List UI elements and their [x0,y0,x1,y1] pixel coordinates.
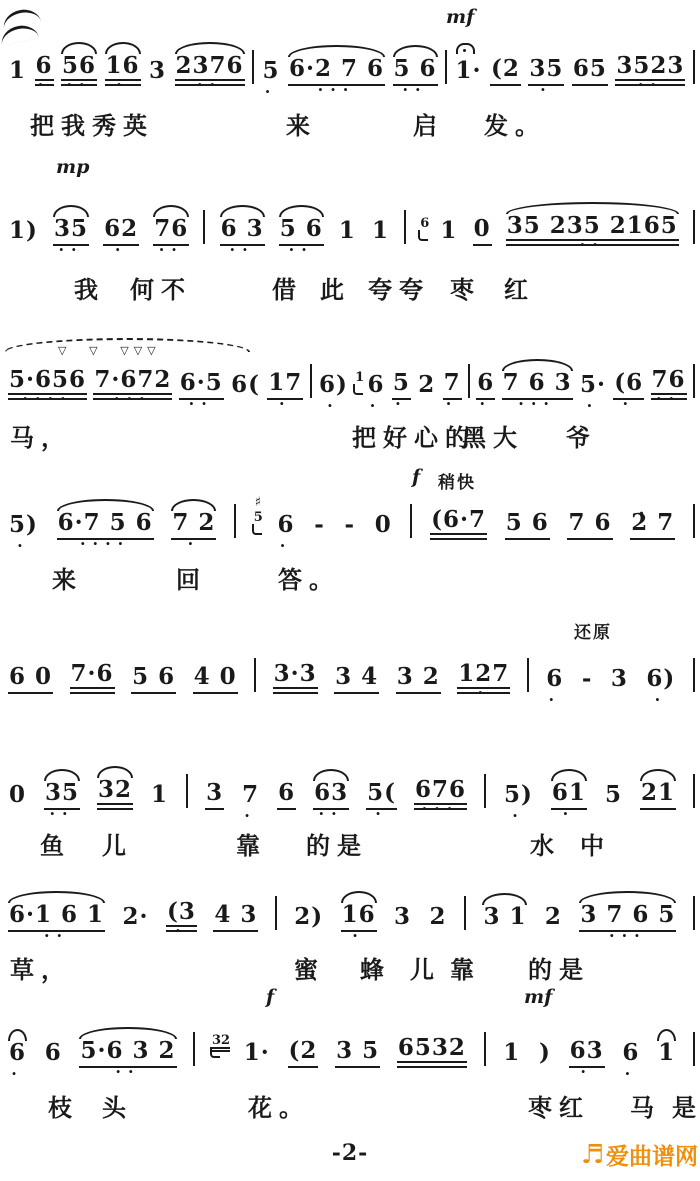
note-group: 6 [476,371,495,400]
barline [193,1032,195,1066]
note-group: 32 [97,778,133,810]
note-group: 5 [604,783,623,810]
barline [203,210,205,244]
note-group: 63 [569,1039,605,1068]
watermark-text: 爱曲谱网 [606,1138,698,1171]
tempo-mark-shaokuai: 稍快 [438,468,476,493]
barline [186,774,188,808]
barline [404,210,406,244]
lyric-word: 爷 [566,418,597,453]
barline [693,364,695,398]
note-group: 3·3 [273,662,318,694]
grace-note: 6 [420,217,429,230]
note-group: 3 1 [482,905,527,932]
barline [410,504,412,538]
note-group: 65 [572,57,608,86]
note-group: 2 [429,905,448,932]
lyrics-row: 草，蜜蜂儿靠的是 [0,950,700,982]
note-group: 21 [640,781,676,810]
lyric-word: 马， [10,418,72,453]
note-group: 1 [8,59,27,86]
note-group: 3 4 [334,665,379,694]
note-group: 3 7 6 5 [579,903,676,932]
note-group: 127 [457,662,510,694]
note-group: 3 [393,905,412,932]
lyric-word: 枣红 [528,1088,590,1123]
note-group: 6) [645,667,676,694]
lyrics-row: 把我秀英来启发。 [0,106,700,138]
note-group: 6 [8,1041,27,1068]
note-group: - [343,513,356,540]
note-group: 1 [502,1041,521,1068]
note-group: 7·672 [93,368,172,400]
barline [693,896,695,930]
note-group: 5( [366,781,397,810]
dynamic-mf: mf [524,986,552,1008]
note-group: 5 6 [505,511,550,540]
lyric-word: 黑大 [462,418,524,453]
music-system-6: 035321376635(6765)61521鱼儿靠的是水中 [0,730,700,852]
lyric-word: 枣 [450,270,481,305]
barline [527,658,529,692]
note-group: 35 [53,217,89,246]
barline [464,896,466,930]
note-group: 7 6 3 [502,371,573,400]
lyric-word: 答。 [278,560,340,595]
lyric-word: 启 [413,106,444,141]
notes-row: 1656163237656·2 7 65 61·(235653523 [8,50,695,86]
lyric-word: 把好心的 [352,418,476,453]
note-group: 1· [243,1041,271,1068]
lyric-word: 来 [52,560,83,595]
note-group: 1 [439,219,458,246]
notes-row: 6·1 6 12·(34 32)16323 123 7 6 5 [8,896,695,932]
note-group: 7 2 [171,511,216,540]
note-group: 1) [8,219,39,246]
note-group: 6( [230,373,261,400]
notes-row: 665·6 3 2321·(23 565321)6361 [8,1032,695,1068]
barline [693,504,695,538]
note-group: 35 [44,781,80,810]
note-group: 61 [551,781,587,810]
note-group: 5· [579,373,607,400]
note-group: 63 [313,781,349,810]
lyrics-row: 马，把好心的黑大爷 [0,418,700,450]
note-group: (3 [166,900,197,932]
note-group: 6) [318,373,349,400]
note-group: (2 [288,1039,319,1068]
note-group: 5) [8,513,39,540]
note-group: 6 [545,667,564,694]
barline [484,1032,486,1066]
lyric-word: 借 [272,270,303,305]
music-note-icon: ♬ [581,1142,604,1168]
note-group: 5 [261,59,280,86]
note-group: 2) [293,905,324,932]
note-group: 4 0 [193,665,238,694]
note-group: 2̇ 7 [630,511,675,540]
note-group: 6·1 6 1 [8,903,105,932]
note-group: 6 [621,1041,640,1068]
notes-row: 035321376635(6765)61521 [8,774,695,810]
note-group: 2 [544,905,563,932]
lyric-word: 枝 [48,1088,79,1123]
note-group: (2 [490,57,521,86]
note-group: - [313,513,326,540]
music-system-7: 6·1 6 12·(34 32)16323 123 7 6 5草，蜜蜂儿靠的是 [0,852,700,980]
lyric-word: 红 [504,270,535,305]
note-group: 6·7 5 6 [57,511,154,540]
note-group: 6·5 [179,371,224,400]
note-group: 5 6 [131,665,176,694]
note-group: 3 [610,667,629,694]
music-system-4: f稍快5)6·7 5 67 25♯6--0(6·75 67 62̇ 7来回答。 [0,456,700,614]
note-group: 7·6 [70,662,115,694]
notes-row: 1)3562766 35 61161035 235 2165 [8,210,695,246]
note-group: 7 [241,783,260,810]
page-footer: -2- ♬ 爱曲谱网 [0,1130,700,1181]
watermark: ♬ 爱曲谱网 [581,1138,698,1171]
note-group: 0 [374,513,393,540]
music-system-3: ▽ ▽ ▽▽▽5·6567·6726·56(176)1652767 6 35·(… [0,316,700,456]
note-group: 7 6 [567,511,612,540]
note-group: (6 [613,371,644,400]
barline [252,50,254,84]
barline [310,364,312,398]
barline [693,210,695,244]
note-group: 76 [153,217,189,246]
note-group: 5 6 [279,217,324,246]
lyric-word: 把我秀英 [30,106,154,141]
note-group: 3 [205,781,224,810]
note-group: - [581,667,594,694]
lyric-word: 花。 [248,1088,310,1123]
note-group: 0 [473,217,492,246]
barline [693,658,695,692]
lyric-word: 来 [286,106,317,141]
dynamic-f: f [412,466,420,488]
note-group: 6532 [397,1036,467,1068]
barline [234,504,236,538]
barline [693,1032,695,1066]
note-group: 5 [392,371,411,400]
note-group: 6 [277,513,296,540]
accent-marks: ▽ ▽ ▽▽▽ [58,344,161,357]
note-group: 3523 [615,54,685,86]
lyric-word: 马 [630,1088,661,1123]
note-group: 4 3 [213,903,258,932]
note-group: 2· [122,905,150,932]
dynamic-mf: mf [446,6,474,28]
note-group: 3 2 [396,665,441,694]
barline [484,774,486,808]
music-system-8: fmf665·6 3 2321·(23 565321)6361枝头花。枣红马是 [0,980,700,1130]
note-group: 35 [528,57,564,86]
barline [445,50,447,84]
lyrics-row: 来回答。 [0,560,700,592]
sheet-music-page: mf1656163237656·2 7 65 61·(235653523把我秀英… [0,0,700,1181]
lyric-word: 我 [74,270,105,305]
note-group: 35 235 2165 [506,214,679,246]
note-group: (6·7 [430,508,487,540]
note-group: 1 [338,219,357,246]
barline [275,896,277,930]
lyric-word: 头 [102,1088,133,1123]
lyric-word: 此 [320,270,351,305]
fermata-icon [456,43,475,54]
notes-row: 6 07·65 64 03·33 43 21276-36) [8,658,695,694]
note-group: 1 [371,219,390,246]
note-group: 76 [651,368,687,400]
notes-row: 5)6·7 5 67 25♯6--0(6·75 67 62̇ 7 [8,504,695,540]
music-system-2: mp1)3562766 35 61161035 235 2165我何不借此夸夸枣… [0,156,700,316]
music-system-1: mf1656163237656·2 7 65 61·(235653523把我秀英… [0,6,700,156]
sharp-icon: ♯ [255,496,261,509]
lyric-word: 发。 [484,106,546,141]
note-group: 1 [150,783,169,810]
note-group: 16 [105,54,141,86]
grace-note: 32 [212,1034,230,1052]
barline [693,774,695,808]
lyric-word: 回 [176,560,207,595]
note-group: 7 [443,371,462,400]
note-group: 0 [8,783,27,810]
lyrics-row: 枝头花。枣红马是 [0,1088,700,1120]
note-group: 3 [148,59,167,86]
note-group: 56 [61,54,97,86]
note-group: 5) [503,783,534,810]
barline [468,364,470,398]
dynamic-f: f [266,986,274,1008]
lyric-word: 是 [672,1088,700,1123]
note-group: 2 [417,373,436,400]
note-group: 6 [277,781,296,810]
lyric-word: 夸夸 [368,270,430,305]
note-group: 6 0 [8,665,53,694]
note-group: 16 [341,903,377,932]
dynamic-mp: mp [56,156,89,178]
grace-note: 1 [355,371,364,384]
music-system-5: 还原6 07·65 64 03·33 43 21276-36) [0,614,700,730]
note-group: 5·656 [8,368,87,400]
note-group: 2376 [175,54,245,86]
barline [254,658,256,692]
note-group: 6 [367,373,386,400]
note-group: 6 [44,1041,63,1068]
grace-note: 5♯ [254,511,263,524]
note-group: 6 3 [220,217,265,246]
note-group: 5 6 [393,57,438,86]
lyric-word: 何不 [130,270,192,305]
note-group: 6·2 7 6 [288,57,385,86]
note-group: 3 5 [335,1039,380,1068]
note-group: 5·6 3 2 [79,1039,176,1068]
barline [693,50,695,84]
note-group: 676 [414,778,467,810]
note-group: ) [538,1041,552,1068]
natural-restore-mark: 还原 [574,618,612,643]
note-group: 1· [455,59,483,86]
lyrics-row: 我何不借此夸夸枣红 [0,270,700,302]
note-group: 1 [657,1041,676,1068]
note-group: 62 [103,217,139,246]
notes-row: 5·6567·6726·56(176)1652767 6 35·(676 [8,364,695,400]
note-group: 6 [35,54,54,86]
note-group: 17 [267,371,303,400]
